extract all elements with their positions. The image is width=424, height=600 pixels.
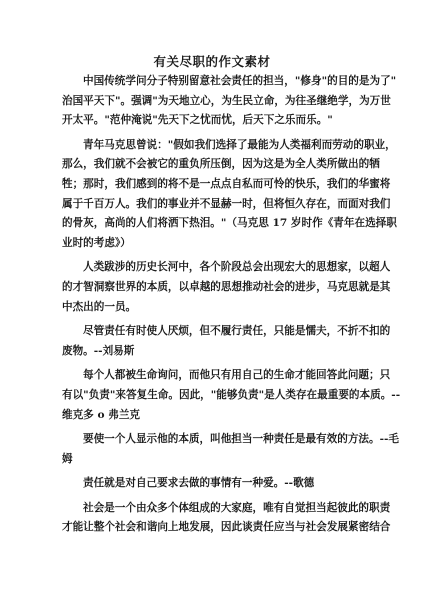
paragraph-marx-thinker: 人类跋涉的历史长河中，各个阶段总会出现宏大的思想家，以超人 的才智洞察世界的本质… <box>62 258 364 317</box>
text-line: 废物。--刘易斯 <box>62 342 364 362</box>
document-body: 中国传统学问分子特别留意社会责任的担当，"修身"的目的是为了" 治国平天下"。强… <box>62 72 364 543</box>
text-line: 治国平天下"。强调"为天地立心，为生民立命，为往圣继绝学，为万世 <box>62 92 364 112</box>
text-line: 人类跋涉的历史长河中，各个阶段总会出现宏大的思想家，以超人 <box>62 258 364 278</box>
text-line: 维克多 o 弗兰克 <box>62 406 364 426</box>
text-line: 每个人都被生命询问，而他只有用自己的生命才能回答此问题；只 <box>62 366 364 386</box>
text-line: 中杰出的一员。 <box>62 298 364 318</box>
text-line: 那么，我们就不会被它的重负所压倒，因为这是为全人类所做出的牺 <box>62 155 364 175</box>
paragraph-society-family: 社会是一个由众多个体组成的大家庭，唯有自觉担当起彼此的职责 才能让整个社会和谐向… <box>62 499 364 538</box>
text-line: 才能让整个社会和谐向上地发展，因此谈责任应当与社会发展紧密结合 <box>62 518 364 538</box>
text-line: 要使一个人显示他的本质，叫他担当一种责任是最有效的方法。--毛 <box>62 430 364 450</box>
document-page: 有关尽职的作文素材 中国传统学问分子特别留意社会责任的担当，"修身"的目的是为了… <box>0 0 424 600</box>
text-line: 的才智洞察世界的本质，以卓越的思想推动社会的进步，马克思就是其 <box>62 278 364 298</box>
paragraph-goethe-quote: 责任就是对自己要求去做的事情有一种爱。--歌德 <box>62 474 364 494</box>
text-line: 中国传统学问分子特别留意社会责任的担当，"修身"的目的是为了" <box>62 72 364 92</box>
text-line: 社会是一个由众多个体组成的大家庭，唯有自觉担当起彼此的职责 <box>62 499 364 519</box>
paragraph-frankl-quote: 每个人都被生命询问，而他只有用自己的生命才能回答此问题；只 有以"负责"来答复生… <box>62 366 364 425</box>
text-line: 的骨灰，高尚的人们将洒下热泪。"（马克思 17 岁时作《青年在选择职 <box>62 214 364 234</box>
document-title: 有关尽职的作文素材 <box>0 52 424 70</box>
paragraph-lewis-quote: 尽管责任有时使人厌烦，但不履行责任，只能是懦夫，不折不扣的 废物。--刘易斯 <box>62 322 364 361</box>
paragraph-marx-quote: 青年马克思曾说："假如我们选择了最能为人类福利而劳动的职业， 那么，我们就不会被… <box>62 136 364 254</box>
text-line: 业时的考虑》） <box>62 234 364 254</box>
text-line: 尽管责任有时使人厌烦，但不履行责任，只能是懦夫，不折不扣的 <box>62 322 364 342</box>
text-line: 属于千百万人。我们的事业并不显赫一时，但将恒久存在，而面对我们 <box>62 195 364 215</box>
text-line: 有以"负责"来答复生命。因此，"能够负责"是人类存在最重要的本质。-- <box>62 386 364 406</box>
text-line: 责任就是对自己要求去做的事情有一种爱。--歌德 <box>62 474 364 494</box>
paragraph-maugham-quote: 要使一个人显示他的本质，叫他担当一种责任是最有效的方法。--毛 姆 <box>62 430 364 469</box>
text-line: 姆 <box>62 450 364 470</box>
text-line: 开太平。"范仲淹说"先天下之忧而忧，后天下之乐而乐。" <box>62 111 364 131</box>
paragraph-confucian-responsibility: 中国传统学问分子特别留意社会责任的担当，"修身"的目的是为了" 治国平天下"。强… <box>62 72 364 131</box>
text-line: 青年马克思曾说："假如我们选择了最能为人类福利而劳动的职业， <box>62 136 364 156</box>
text-line: 牲；那时，我们感到的将不是一点点自私而可怜的快乐，我们的华蜜将 <box>62 175 364 195</box>
